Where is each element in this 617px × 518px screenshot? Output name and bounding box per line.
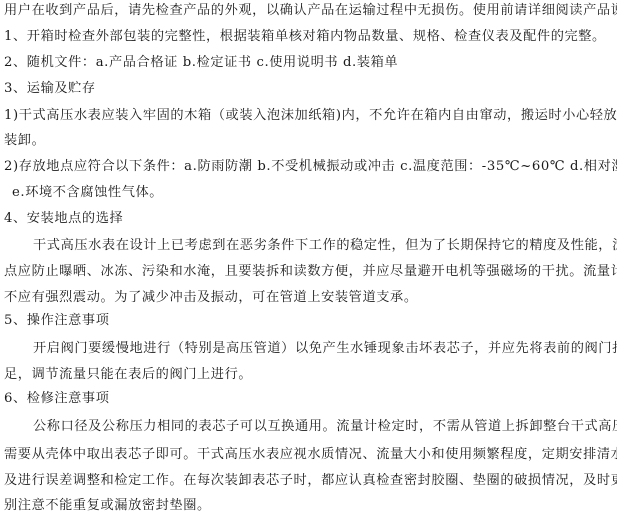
section-3-item-2: 2)存放地点应符合以下条件：a.防雨防潮 b.不受机械振动或冲击 c.温度范围：…	[4, 158, 617, 176]
section-5-heading: 5、操作注意事项	[4, 312, 617, 330]
section-5-paragraph-line-1: 开启阀门要缓慢地进行（特别是高压管道）以免产生水锤现象击坏表芯子，并应先将表前的…	[33, 340, 617, 358]
section-4-heading: 4、安装地点的选择	[4, 210, 617, 228]
section-6-heading: 6、检修注意事项	[4, 390, 617, 408]
section-6-paragraph-line-2: 需要从壳体中取出表芯子即可。干式高压水表应视水质情况、流量大小和使用频繁程度，定…	[4, 446, 617, 464]
section-4-paragraph-line-3: 不应有强烈震动。为了减少冲击及振动，可在管道上安装管道支承。	[4, 289, 617, 307]
intro-paragraph: 用户在收到产品后，请先检查产品的外观，以确认产品在运输过程中无损伤。使用前请详细…	[4, 2, 617, 20]
section-2-heading: 2、随机文件：a.产品合格证 b.检定证书 c.使用说明书 d.装箱单	[4, 54, 617, 72]
section-6-paragraph-line-1: 公称口径及公称压力相同的表芯子可以互换通用。流量计检定时，不需从管道上拆卸整台干…	[33, 418, 617, 436]
section-3-heading: 3、运输及贮存	[4, 80, 617, 98]
section-3-item-1-cont: 装卸。	[4, 132, 617, 150]
section-1-heading: 1、开箱时检查外部包装的完整性，根据装箱单核对箱内物品数量、规格、检查仪表及配件…	[4, 28, 617, 46]
section-6-paragraph-line-4: 别注意不能重复或漏放密封垫圈。	[4, 497, 617, 515]
section-3-item-1: 1)干式高压水表应装入牢固的木箱（或装入泡沫加纸箱)内，不允许在箱内自由窜动，搬…	[4, 107, 617, 125]
section-4-paragraph-line-1: 干式高压水表在设计上已考虑到在恶劣条件下工作的稳定性，但为了长期保持它的精度及性…	[33, 237, 617, 255]
section-3-item-2-cont: e.环境不含腐蚀性气体。	[12, 184, 617, 202]
document-page: 用户在收到产品后，请先检查产品的外观，以确认产品在运输过程中无损伤。使用前请详细…	[0, 0, 617, 518]
section-6-paragraph-line-3: 及进行误差调整和检定工作。在每次装卸表芯子时，都应认真检查密封胶圈、垫圈的破损情…	[4, 472, 617, 490]
section-5-paragraph-line-2: 足，调节流量只能在表后的阀门上进行。	[4, 366, 617, 384]
section-4-paragraph-line-2: 点应防止曝晒、冰冻、污染和水淹，且要装拆和读数方便，并应尽量避开电机等强磁场的干…	[4, 263, 617, 281]
